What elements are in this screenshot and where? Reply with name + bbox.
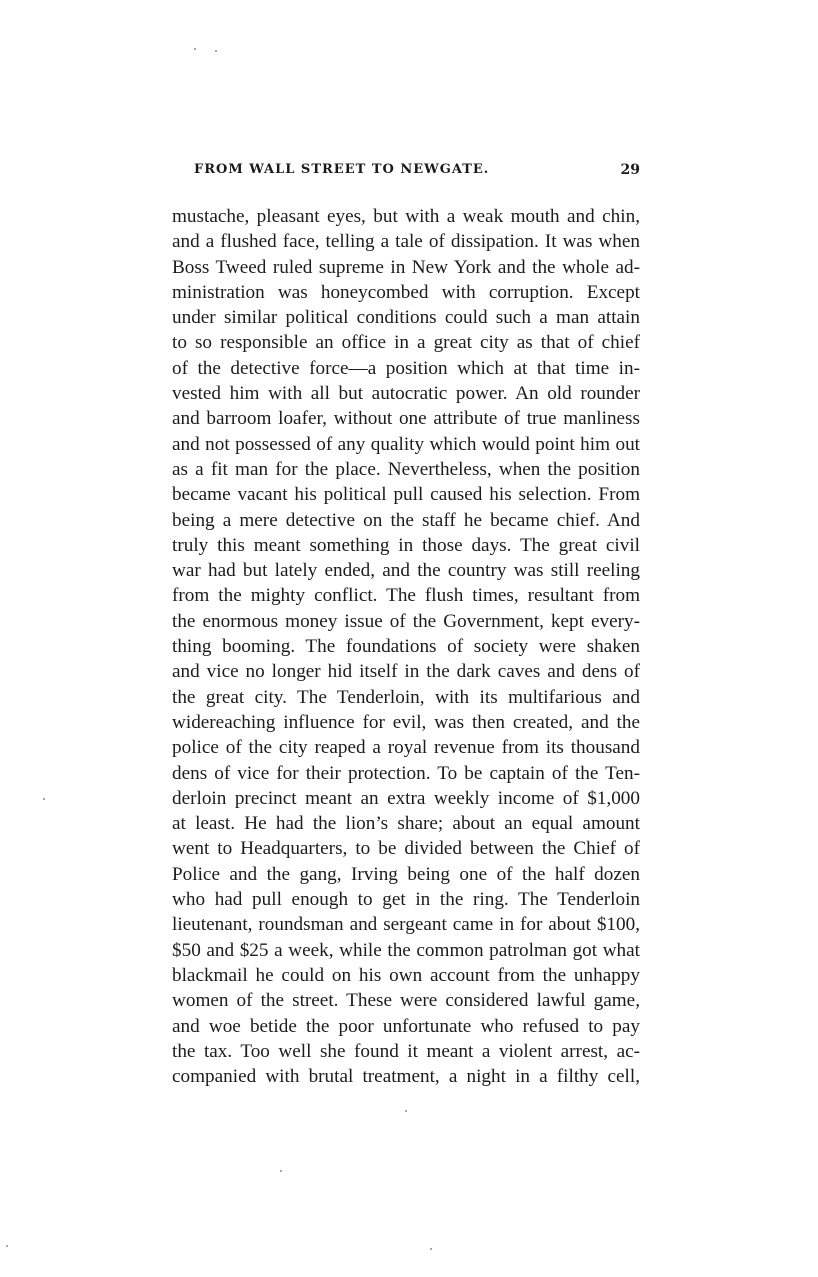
text-line: $50 and $25 a week, while the common pat… — [172, 938, 640, 963]
text-line: blackmail he could on his own account fr… — [172, 963, 640, 988]
text-line: derloin precinct meant an extra weekly i… — [172, 786, 640, 811]
page-number: 29 — [621, 162, 640, 178]
text-line: vested him with all but autocratic power… — [172, 381, 640, 406]
text-line: and barroom loafer, without one attribut… — [172, 406, 640, 431]
text-line: as a fit man for the place. Nevertheless… — [172, 457, 640, 482]
text-line: from the mighty conflict. The flush time… — [172, 583, 640, 608]
text-line: companied with brutal treatment, a night… — [172, 1064, 640, 1089]
text-line: the tax. Too well she found it meant a v… — [172, 1039, 640, 1064]
text-line: of the detective force—a position which … — [172, 356, 640, 381]
scan-speck — [6, 1245, 8, 1247]
text-line: the enormous money issue of the Governme… — [172, 609, 640, 634]
text-line: mustache, pleasant eyes, but with a weak… — [172, 204, 640, 229]
text-line: under similar political conditions could… — [172, 305, 640, 330]
body-text: mustache, pleasant eyes, but with a weak… — [172, 204, 640, 1089]
text-line: ministration was honeycombed with corrup… — [172, 280, 640, 305]
text-line: widereaching influence for evil, was the… — [172, 710, 640, 735]
text-line: the great city. The Tenderloin, with its… — [172, 685, 640, 710]
text-line: and vice no longer hid itself in the dar… — [172, 659, 640, 684]
text-line: war had but lately ended, and the countr… — [172, 558, 640, 583]
text-line: Boss Tweed ruled supreme in New York and… — [172, 255, 640, 280]
scan-speck — [430, 1248, 432, 1250]
scan-speck — [405, 1110, 407, 1112]
text-line: dens of vice for their protection. To be… — [172, 761, 640, 786]
text-line: being a mere detective on the staff he b… — [172, 508, 640, 533]
text-line: who had pull enough to get in the ring. … — [172, 887, 640, 912]
running-header: FROM WALL STREET TO NEWGATE. 29 — [172, 162, 640, 184]
running-title: FROM WALL STREET TO NEWGATE. — [194, 162, 489, 177]
text-line: and not possessed of any quality which w… — [172, 432, 640, 457]
scan-speck — [194, 48, 196, 50]
text-line: and a flushed face, telling a tale of di… — [172, 229, 640, 254]
scan-speck — [215, 50, 217, 52]
text-line: Police and the gang, Irving being one of… — [172, 862, 640, 887]
text-line: truly this meant something in those days… — [172, 533, 640, 558]
text-line: women of the street. These were consider… — [172, 988, 640, 1013]
text-line: lieutenant, roundsman and sergeant came … — [172, 912, 640, 937]
text-line: at least. He had the lion’s share; about… — [172, 811, 640, 836]
text-line: went to Headquarters, to be divided betw… — [172, 836, 640, 861]
scan-speck — [43, 798, 45, 800]
text-line: thing booming. The foundations of societ… — [172, 634, 640, 659]
text-line: to so responsible an office in a great c… — [172, 330, 640, 355]
text-line: became vacant his political pull caused … — [172, 482, 640, 507]
text-line: and woe betide the poor unfortunate who … — [172, 1014, 640, 1039]
text-line: police of the city reaped a royal revenu… — [172, 735, 640, 760]
scan-speck — [280, 1170, 282, 1172]
